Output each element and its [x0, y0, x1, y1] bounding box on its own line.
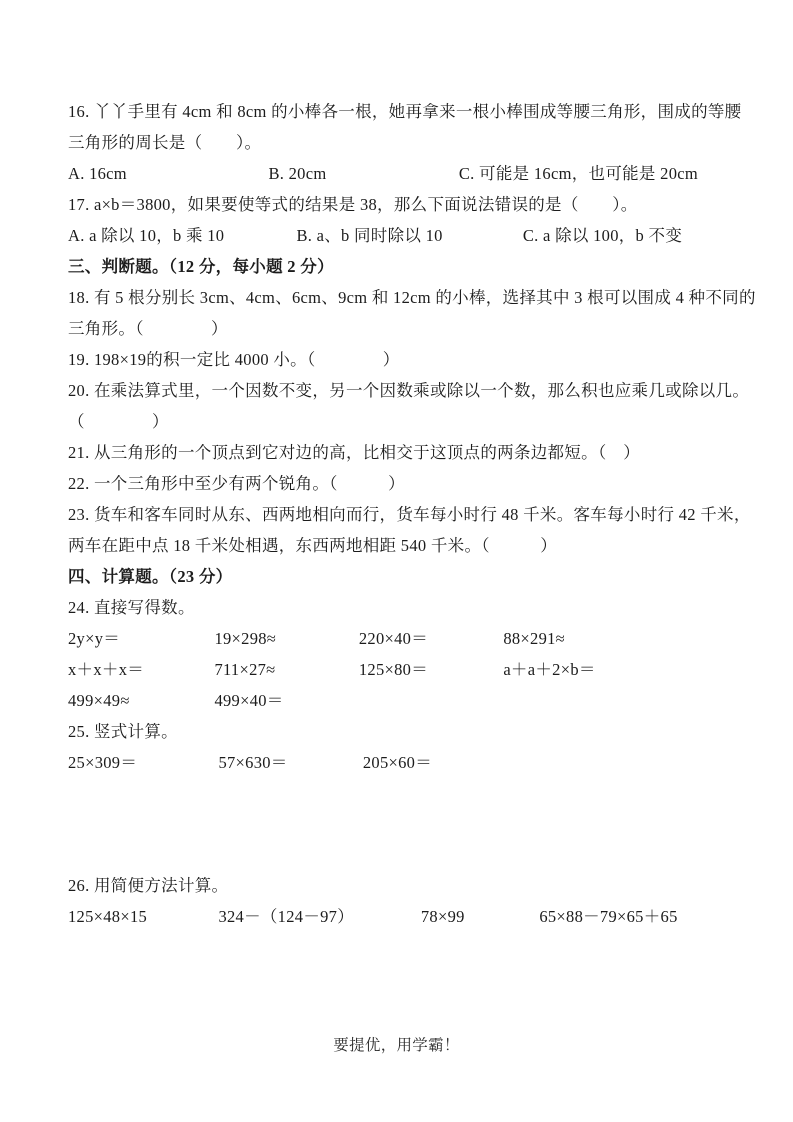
q26-expression: 324－（124－97）: [218, 901, 416, 932]
q16-line2: 三角形的周长是（ ）。: [68, 127, 744, 158]
q16-option-c: C. 可能是 16cm，也可能是 20cm: [459, 158, 698, 189]
q17-options: A. a 除以 10，b 乘 10 B. a、b 同时除以 10 C. a 除以…: [68, 220, 744, 251]
q16-option-b: B. 20cm: [268, 158, 454, 189]
q23-line1: 23. 货车和客车同时从东、西两地相向而行，货车每小时行 48 千米。客车每小时…: [68, 499, 744, 530]
q24-expression: x＋x＋x＝: [68, 654, 210, 685]
q25-working-space: [68, 778, 744, 870]
q24-expression: a＋a＋2×b＝: [503, 654, 595, 685]
q20-line1: 20. 在乘法算式里，一个因数不变，另一个因数乘或除以一个数，那么积也应乘几或除…: [68, 375, 744, 406]
q24-expression: 88×291≈: [503, 623, 565, 654]
q26-expression: 125×48×15: [68, 901, 214, 932]
section-judge-heading: 三、判断题。（12 分，每小题 2 分）: [68, 251, 744, 282]
q25-label: 25. 竖式计算。: [68, 716, 744, 747]
q24-grid-row-1: 2y×y＝ 19×298≈ 220×40＝ 88×291≈: [68, 623, 744, 654]
q21-line1: 21. 从三角形的一个顶点到它对边的高，比相交于这顶点的两条边都短。（ ）: [68, 437, 744, 468]
q17-option-a: A. a 除以 10，b 乘 10: [68, 220, 292, 251]
q24-expression: 2y×y＝: [68, 623, 210, 654]
q25-expression: 25×309＝: [68, 747, 214, 778]
q16-options: A. 16cm B. 20cm C. 可能是 16cm，也可能是 20cm: [68, 158, 744, 189]
q24-grid-row-3: 499×49≈ 499×40＝: [68, 685, 744, 716]
q24-expression: 711×27≈: [214, 654, 354, 685]
q25-expression: 57×630＝: [218, 747, 358, 778]
exam-paper-page: 16. 丫丫手里有 4cm 和 8cm 的小棒各一根，她再拿来一根小棒围成等腰三…: [0, 0, 793, 1122]
q19-line1: 19. 198×19的积一定比 4000 小。（ ）: [68, 344, 744, 375]
q24-expression: 220×40＝: [359, 623, 499, 654]
q26-expression: 78×99: [421, 901, 535, 932]
q18-line2: 三角形。（ ）: [68, 313, 744, 344]
q24-expression: 499×40＝: [214, 685, 283, 716]
q18-line1: 18. 有 5 根分别长 3cm、4cm、6cm、9cm 和 12cm 的小棒，…: [68, 282, 744, 313]
q17-line1: 17. a×b＝3800，如果要使等式的结果是 38，那么下面说法错误的是（ ）…: [68, 189, 744, 220]
q25-expressions: 25×309＝ 57×630＝ 205×60＝: [68, 747, 744, 778]
q25-expression: 205×60＝: [363, 747, 432, 778]
q26-label: 26. 用简便方法计算。: [68, 870, 744, 901]
section-calc-heading: 四、计算题。（23 分）: [68, 561, 744, 592]
q16-line1: 16. 丫丫手里有 4cm 和 8cm 的小棒各一根，她再拿来一根小棒围成等腰三…: [68, 96, 744, 127]
q24-expression: 19×298≈: [214, 623, 354, 654]
q24-grid-row-2: x＋x＋x＝ 711×27≈ 125×80＝ a＋a＋2×b＝: [68, 654, 744, 685]
q26-expressions: 125×48×15 324－（124－97） 78×99 65×88－79×65…: [68, 901, 744, 932]
q24-expression: 125×80＝: [359, 654, 499, 685]
q26-expression: 65×88－79×65＋65: [539, 901, 677, 932]
q17-option-c: C. a 除以 100，b 不变: [523, 220, 682, 251]
q23-line2: 两车在距中点 18 千米处相遇，东西两地相距 540 千米。（ ）: [68, 530, 744, 561]
exam-content: 16. 丫丫手里有 4cm 和 8cm 的小棒各一根，她再拿来一根小棒围成等腰三…: [68, 96, 744, 932]
q17-option-b: B. a、b 同时除以 10: [296, 220, 518, 251]
q24-label: 24. 直接写得数。: [68, 592, 744, 623]
q20-line2: （ ）: [68, 406, 744, 437]
q16-option-a: A. 16cm: [68, 158, 264, 189]
q24-expression: 499×49≈: [68, 685, 210, 716]
page-footer-slogan: 要提优，用学霸！: [0, 1030, 793, 1061]
q22-line1: 22. 一个三角形中至少有两个锐角。（ ）: [68, 468, 744, 499]
